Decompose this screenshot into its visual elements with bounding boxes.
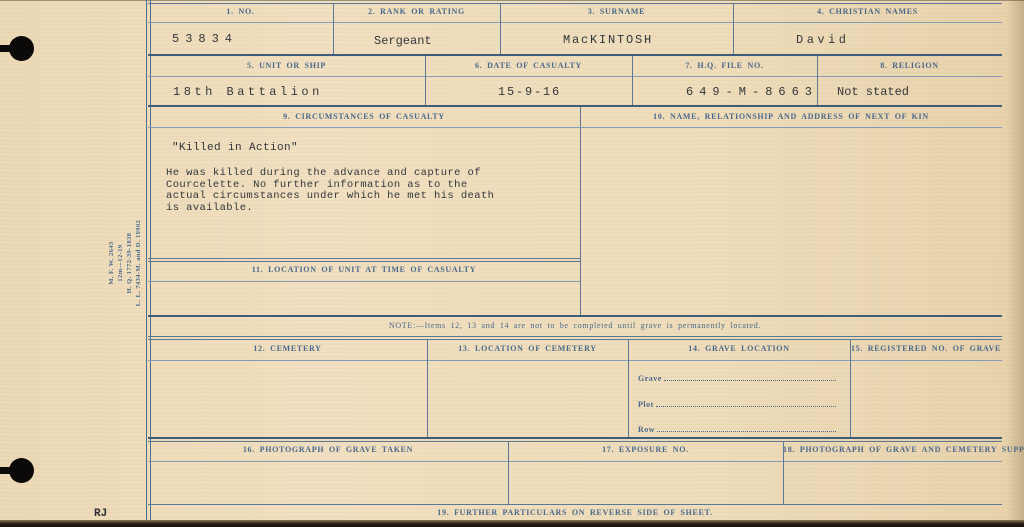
rule: [148, 504, 1002, 505]
rule: [148, 105, 1002, 107]
field-label-next-of-kin: 10. NAME, RELATIONSHIP AND ADDRESS OF NE…: [580, 112, 1002, 121]
value-no: 53834: [172, 32, 238, 46]
rule: [148, 315, 1002, 317]
field-label-hq-file-no: 7. H.Q. FILE NO.: [632, 61, 817, 70]
rule: [148, 258, 580, 259]
plot-line: Plot: [638, 398, 836, 409]
rule: [148, 54, 1002, 56]
value-date-of-casualty: 15-9-16: [498, 85, 561, 99]
row-line-label: Row: [638, 425, 655, 434]
dotted-leader: [657, 423, 836, 432]
rule: [580, 107, 581, 316]
field-label-further-particulars: 19. FURTHER PARTICULARS ON REVERSE SIDE …: [148, 508, 1002, 517]
field-label-no: 1. NO.: [148, 7, 333, 16]
rule: [148, 360, 1002, 361]
grave-line: Grave: [638, 372, 836, 383]
field-label-exposure-no: 17. EXPOSURE NO.: [508, 445, 783, 454]
row-line: Row: [638, 423, 836, 434]
grave-line-label: Grave: [638, 374, 662, 383]
value-rank: Sergeant: [374, 34, 432, 48]
field-label-cemetery: 12. CEMETERY: [148, 344, 427, 353]
value-religion: Not stated: [837, 85, 909, 99]
rule: [148, 76, 1002, 77]
paper-bottom-edge: [0, 520, 1024, 527]
plot-line-label: Plot: [638, 400, 654, 409]
field-label-photo-taken: 16. PHOTOGRAPH OF GRAVE TAKEN: [148, 445, 508, 454]
paper-top-edge: [0, 0, 1024, 1]
value-circumstances-quote: "Killed in Action": [172, 142, 298, 154]
rule: [148, 441, 1002, 442]
field-label-photo-supplied: 18. PHOTOGRAPH OF GRAVE AND CEMETERY SUP…: [783, 445, 1002, 454]
note-text: NOTE:—Items 12, 13 and 14 are not to be …: [148, 321, 1002, 330]
rule: [148, 261, 580, 262]
field-label-registered-no: 15. REGISTERED NO. OF GRAVE: [850, 344, 1002, 353]
rule: [148, 336, 1002, 337]
rule: [148, 127, 580, 128]
field-label-religion: 8. RELIGION: [817, 61, 1002, 70]
field-label-rank: 2. RANK OR RATING: [333, 7, 500, 16]
value-surname: MacKINTOSH: [563, 33, 653, 47]
form-reference-stamp: M. F. W. 2643 12m—12-19 H. Q. 1772-39-18…: [107, 183, 147, 343]
rule: [628, 340, 629, 437]
rule: [148, 22, 1002, 23]
value-hq-file-no: 649-M-8663: [686, 85, 818, 99]
rule: [148, 3, 1002, 4]
field-label-grave-location: 14. GRAVE LOCATION: [628, 344, 850, 353]
rule: [427, 340, 428, 437]
dotted-leader: [664, 372, 836, 381]
punch-hole-top-stem: [0, 45, 16, 52]
casualty-record-card: M. F. W. 2643 12m—12-19 H. Q. 1772-39-18…: [0, 0, 1024, 527]
dotted-leader: [656, 398, 836, 407]
field-label-location-of-cemetery: 13. LOCATION OF CEMETERY: [427, 344, 628, 353]
rule: [148, 461, 1002, 462]
punch-hole-bottom-stem: [0, 467, 16, 474]
field-label-unit: 5. UNIT OR SHIP: [148, 61, 425, 70]
field-label-christian-names: 4. CHRISTIAN NAMES: [733, 7, 1002, 16]
field-label-date-of-casualty: 6. DATE OF CASUALTY: [425, 61, 632, 70]
rule: [850, 340, 851, 437]
rule: [148, 281, 580, 282]
rule: [148, 339, 1002, 340]
field-label-circumstances: 9. CIRCUMSTANCES OF CASUALTY: [148, 112, 580, 121]
clerk-initials: RJ: [94, 508, 107, 520]
rule: [580, 127, 1002, 128]
value-christian-names: David: [796, 33, 850, 47]
value-unit: 18th Battalion: [173, 85, 323, 99]
rule: [148, 437, 1002, 439]
form-left-border: [146, 0, 151, 520]
value-circumstances-detail: He was killed during the advance and cap…: [166, 168, 494, 214]
field-label-surname: 3. SURNAME: [500, 7, 733, 16]
field-label-location-of-unit: 11. LOCATION OF UNIT AT TIME OF CASUALTY: [148, 265, 580, 274]
